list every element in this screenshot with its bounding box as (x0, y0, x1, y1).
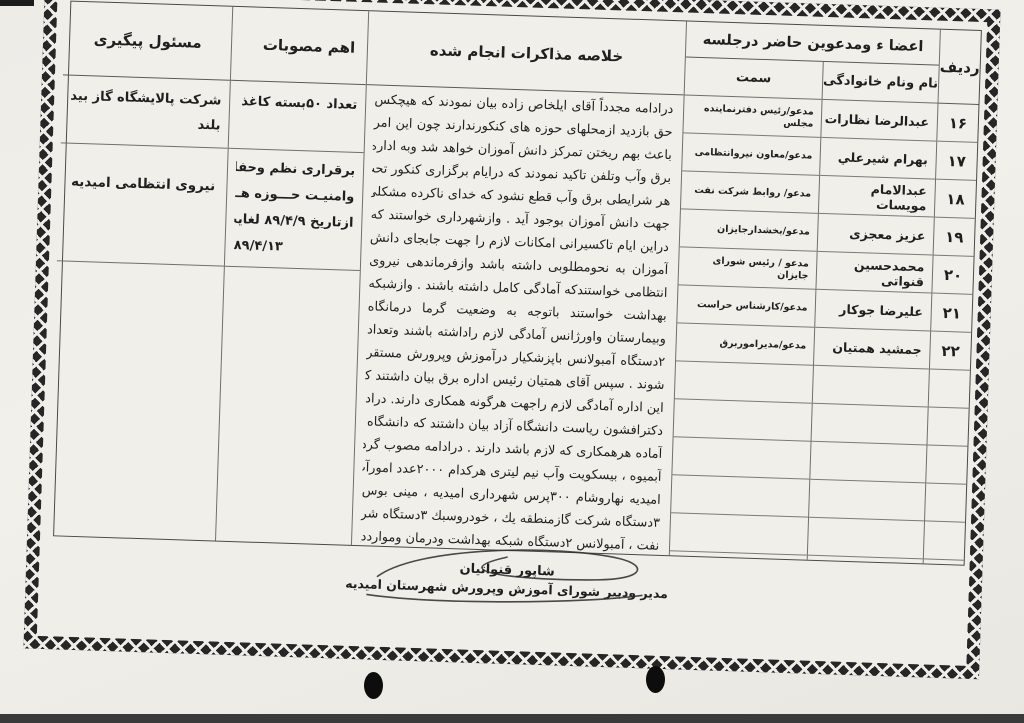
summary-header: خلاصه مذاكرات انجام شده (367, 11, 686, 95)
empty-row-cell (926, 445, 967, 484)
scan-edge-shadow (0, 714, 1024, 723)
name-rows: عبدالرضا نظارات بهرام شيرعلي عبدالامام م… (814, 100, 938, 370)
attendee-row-number: ۲۲ (930, 332, 971, 371)
summary-text: درادامه مجدداً آقاى ايلخاص زاده بيان نمو… (352, 85, 684, 558)
column-resolutions: اهم مصوبات تعداد ۵۰بسته كاغذ برقرارى نظم… (215, 7, 368, 545)
paper-surface: رديف ۱۶ ۱۷ ۱۸ ۱۹ ۲۰ (37, 0, 987, 666)
attendee-row-number: ۲۰ (933, 256, 974, 295)
radif-rows: ۱۶ ۱۷ ۱۸ ۱۹ ۲۰ ۲۱ (930, 104, 978, 371)
attendee-position: مدعو/بخشدارجايزان (680, 209, 818, 251)
empty-row-cell (674, 399, 812, 441)
resolution-line: برقرارى نظم وحفاظت (236, 155, 356, 185)
attendee-position-text: مدعو/ روابط شركت نفت (694, 184, 811, 200)
empty-row-cell (673, 437, 811, 479)
empty-row-cell (924, 521, 965, 560)
attendee-position-text: مدعو/كارشناس حراست (697, 298, 808, 314)
attendee-name: جمشيد همتيان (814, 328, 931, 370)
position-rows: مدعو/رئيس دفترنماينده مجلس مدعو/معاون ني… (676, 95, 821, 365)
resolution-1-text: تعداد ۵۰بسته كاغذ (229, 81, 366, 153)
attendee-position: مدعو/رئيس دفترنماينده مجلس (684, 95, 822, 137)
empty-row-cell (670, 513, 808, 555)
attendee-name: عبدالرضا نظارات (821, 100, 938, 142)
punch-hole-right (646, 666, 665, 693)
empty-row-cell (812, 366, 929, 408)
name-header: نام ونام خانوادگی (822, 62, 939, 104)
decorative-border-frame: رديف ۱۶ ۱۷ ۱۸ ۱۹ ۲۰ (23, 0, 1000, 679)
follow-up-2: نيروى انتظامى اميديه (57, 143, 228, 266)
position-header: سمت (685, 57, 823, 99)
empty-row-cell (675, 361, 813, 403)
follow-up-1: شركت پالايشگاه گاز بيد بلند (61, 75, 230, 148)
empty-row-cell (671, 475, 809, 517)
attendee-name: عزيز معجزى (817, 214, 934, 256)
column-summary: خلاصه مذاكرات انجام شده درادامه مجدداً آ… (351, 11, 686, 555)
attendee-row-number: ۲۱ (931, 294, 972, 333)
follow-up-line: بلند (69, 109, 221, 139)
attendee-position: مدعو/ روابط شركت نفت (681, 171, 819, 213)
column-position: سمت مدعو/رئيس دفترنماينده مجلس مدعو/معاو… (670, 57, 822, 559)
empty-row-cell (807, 518, 924, 560)
resolution-line: وامنيـت حـــوزه هـــا (235, 181, 355, 211)
resolutions-header: اهم مصوبات (231, 7, 368, 85)
attendee-name: بهرام شيرعلي (820, 138, 937, 180)
scan-corner-mark (0, 0, 34, 6)
attendee-position-text: مدعو / رئيس شوراى جايزان (686, 254, 809, 282)
attendee-row-number: ۱۹ (934, 218, 975, 257)
radif-header: رديف (939, 30, 981, 105)
column-attendees-group: اعضا ء ومدعوين حاضر درجلسه نام ونام خانو… (669, 21, 940, 563)
attendee-position: مدعو/كارشناس حراست (677, 285, 815, 327)
empty-row-cell (809, 480, 926, 522)
minutes-table: رديف ۱۶ ۱۷ ۱۸ ۱۹ ۲۰ (53, 1, 982, 566)
attendee-position: مدعو/مديراموربرق (676, 323, 814, 365)
resolution-line: ازتاريخ ۸۹/۴/۹ لغايت (234, 207, 354, 237)
empty-row-cell (929, 370, 970, 409)
empty-row-cell (928, 407, 969, 446)
attendee-position: مدعو/معاون نيروانتظامى (682, 133, 820, 175)
resolution-line: ۸۹/۴/۱۳ (233, 233, 353, 263)
attendee-row-number: ۱۸ (935, 180, 976, 219)
attendee-position-text: مدعو/مديراموربرق (719, 337, 806, 352)
follow-up-line: شركت پالايشگاه گاز بيد (70, 84, 222, 114)
signature-block: شاپور قنواتيان مدير ودبير شوراى آموزش وپ… (326, 557, 687, 602)
column-follow-up: مسئول پيگيرى شركت پالايشگاه گاز بيد بلند… (48, 1, 232, 540)
attendee-name: عليرضا جوكار (815, 290, 932, 332)
empty-row-cell (925, 483, 966, 522)
attendee-position-text: مدعو/رئيس دفترنماينده مجلس (691, 102, 814, 130)
punch-hole-left (364, 672, 383, 699)
attendee-name: محمدحسين قنواتى (816, 252, 933, 294)
follow-up-header: مسئول پيگيرى (63, 1, 232, 80)
attendee-row-number: ۱۷ (936, 142, 977, 181)
attendee-position: مدعو / رئيس شوراى جايزان (679, 247, 817, 289)
resolution-2-text: برقرارى نظم وحفاظت وامنيـت حـــوزه هـــا… (225, 149, 364, 271)
column-name: نام ونام خانوادگی عبدالرضا نظارات بهرام … (806, 62, 939, 564)
attendee-row-number: ۱۶ (937, 104, 978, 143)
paper-tilt-wrap: رديف ۱۶ ۱۷ ۱۸ ۱۹ ۲۰ (23, 0, 1000, 679)
attendee-position-text: مدعو/معاون نيروانتظامى (695, 146, 813, 162)
attendee-name: عبدالامام مويسات (818, 176, 935, 218)
attendee-position-text: مدعو/بخشدارجايزان (717, 223, 810, 238)
empty-row-cell (811, 404, 928, 446)
attendees-subcolumns: نام ونام خانوادگی عبدالرضا نظارات بهرام … (670, 57, 939, 563)
empty-row-cell (810, 442, 927, 484)
